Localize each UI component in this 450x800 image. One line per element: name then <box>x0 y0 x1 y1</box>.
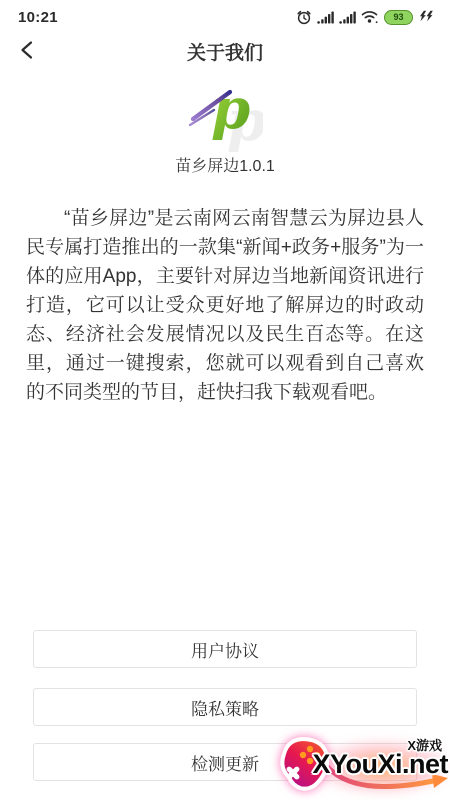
charging-icon <box>418 10 434 24</box>
battery-percent: 93 <box>393 13 403 22</box>
about-paragraph: “苗乡屏边”是云南网云南智慧云为屏边县人民专属打造推出的一款集“新闻+政务+服务… <box>26 204 424 407</box>
wifi-icon <box>361 10 379 24</box>
app-name-version: 苗乡屏边1.0.1 <box>0 153 450 176</box>
battery-indicator: 93 <box>384 10 413 25</box>
signal-icon <box>317 11 334 24</box>
watermark: X游戏 XYouXi.net <box>270 732 450 798</box>
user-agreement-button[interactable]: 用户协议 <box>33 630 417 668</box>
app-logo: p p <box>187 80 263 152</box>
alarm-icon <box>296 9 312 25</box>
page-title: 关于我们 <box>0 38 450 65</box>
signal-icon <box>339 11 356 24</box>
privacy-policy-button[interactable]: 隐私策略 <box>33 688 417 726</box>
header: 关于我们 <box>0 30 450 68</box>
logo-letter: p <box>211 80 250 142</box>
status-icons: 93 <box>296 9 434 25</box>
status-bar: 10:21 <box>0 0 450 30</box>
watermark-site: XYouXi.net <box>312 749 448 780</box>
about-screen: 10:21 <box>0 0 450 800</box>
gamepad-dot <box>300 752 306 758</box>
clock-time: 10:21 <box>18 9 58 26</box>
